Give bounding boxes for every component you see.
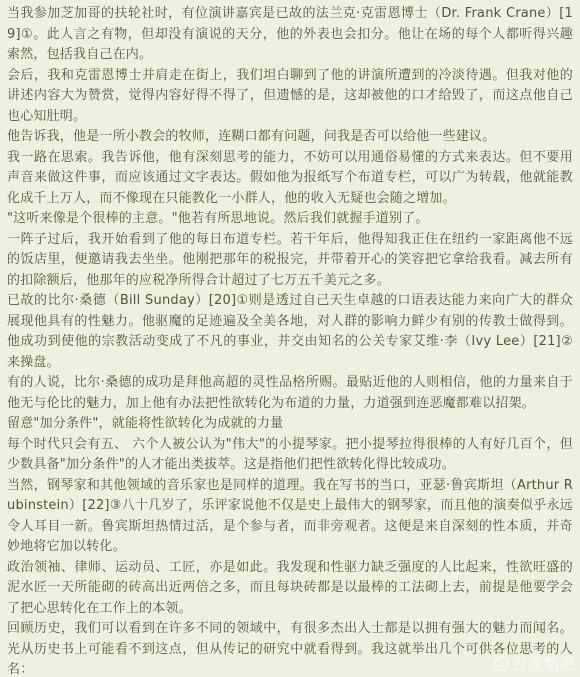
paragraph: 会后，我和克雷恩博士并肩走在街上，我们坦白聊到了他的讲演所遭到的冷淡待遇。但我对…	[7, 66, 573, 128]
paragraph: "这听来像是个很棒的主意。"他若有所思地说。然后我们就握手道别了。	[7, 209, 573, 230]
paragraph: 当然，钢琴家和其他领域的音乐家也是同样的道理。我在写书的当口，亚瑟·鲁宾斯坦（A…	[7, 476, 573, 558]
book-page: 当我参加芝加哥的扶轮社时，有位演讲嘉宾是已故的法兰克·克雷恩博士（Dr. Fra…	[0, 0, 580, 677]
paragraph: 有的人说，比尔·桑德的成功是拜他高超的灵性品格所赐。最贴近他的人则相信，他的力量…	[7, 373, 573, 414]
paragraph: 政治领袖、律师、运动员、工匠，亦是如此。我发现和性驱力缺乏强度的人比起来，性欲旺…	[7, 558, 573, 620]
paragraph: 他告诉我，他是一所小教会的牧师，连糊口都有问题，问我是否可以给他一些建议。	[7, 127, 573, 148]
paragraph: 每个时代只会有五、 六个人被公认为"伟大"的小提琴家。把小提琴拉得很棒的人有好几…	[7, 435, 573, 476]
paragraph: 我一路在思索。我告诉他，他有深刻思考的能力，不妨可以用通俗易懂的方式来表达。但不…	[7, 148, 573, 210]
paragraph: 已故的比尔·桑德（Bill Sunday）[20]①则是透过自己天生卓越的口语表…	[7, 291, 573, 373]
body-text: 当我参加芝加哥的扶轮社时，有位演讲嘉宾是已故的法兰克·克雷恩博士（Dr. Fra…	[7, 4, 573, 677]
section-subheading: 留意"加分条件"，就能将性欲转化为成就的力量	[7, 414, 573, 435]
paragraph: 当我参加芝加哥的扶轮社时，有位演讲嘉宾是已故的法兰克·克雷恩博士（Dr. Fra…	[7, 4, 573, 66]
paragraph: 一阵子过后，我开始看到了他的每日布道专栏。若干年后，他得知我正住在纽约一家距离他…	[7, 230, 573, 292]
paragraph: 回顾历史，我们可以看到在许多不同的领域中，有很多杰出人士都是以拥有强大的魅力而闻…	[7, 619, 573, 677]
